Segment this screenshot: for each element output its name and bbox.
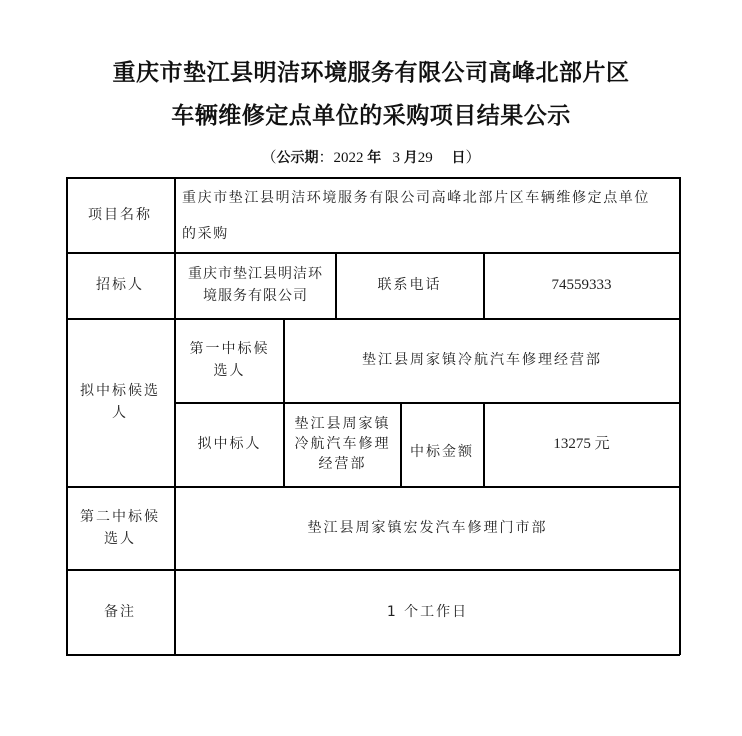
remarks-label: 备注	[66, 569, 174, 654]
second-candidate-value-text: 垫江县周家镇宏发汽车修理门市部	[308, 517, 548, 539]
publish-date: （公示期：2022 年 3 月29 日）	[0, 146, 742, 167]
phone-value: 74559333	[484, 252, 679, 318]
bid-amount-value: 13275 元	[484, 402, 679, 486]
proposed-winner-value: 垫江县周家镇 冷航汽车修理 经营部	[285, 402, 400, 486]
phone-value-text: 74559333	[552, 274, 612, 296]
proposed-candidates-line1: 拟中标候选	[80, 380, 160, 402]
bid-amount-value-text: 13275 元	[553, 433, 609, 455]
date-label: 公示期	[276, 150, 318, 166]
second-candidate-label: 第二中标候 选人	[66, 486, 174, 569]
project-name-value: 重庆市垫江县明洁环境服务有限公司高峰北部片区车辆维修定点单位 的采购	[176, 177, 679, 252]
proposed-candidates-label: 拟中标候选 人	[66, 318, 174, 486]
date-year-unit: 年	[367, 150, 381, 166]
project-name-line2: 的采购	[182, 223, 229, 245]
date-colon: ：	[318, 150, 333, 166]
bid-amount-label: 中标金额	[401, 410, 483, 494]
date-month-unit: 月	[404, 150, 418, 166]
bid-amount-label-text: 中标金额	[410, 441, 474, 463]
tenderer-line1: 重庆市垫江县明洁环	[188, 263, 323, 285]
tenderer-label: 招标人	[66, 252, 174, 318]
second-candidate-value: 垫江县周家镇宏发汽车修理门市部	[176, 486, 679, 569]
first-candidate-value: 垫江县周家镇冷航汽车修理经营部	[285, 318, 679, 402]
document-title-line1: 重庆市垫江县明洁环境服务有限公司高峰北部片区	[0, 54, 742, 87]
date-day: 29	[418, 150, 433, 166]
phone-label-text: 联系电话	[378, 274, 442, 296]
table-border-bottom	[66, 654, 680, 656]
document-title-line2: 车辆维修定点单位的采购项目结果公示	[0, 97, 742, 130]
tenderer-line2: 境服务有限公司	[203, 285, 308, 307]
proposed-winner-label: 拟中标人	[176, 402, 283, 486]
second-candidate-label-line2: 选人	[104, 528, 136, 550]
proposed-winner-line3: 经营部	[319, 454, 367, 474]
tenderer-label-text: 招标人	[96, 274, 144, 296]
remarks-value: 1 个工作日	[176, 569, 679, 654]
first-candidate-label-line2: 选人	[214, 360, 246, 382]
proposed-winner-line2: 冷航汽车修理	[295, 434, 391, 454]
first-candidate-value-text: 垫江县周家镇冷航汽车修理经营部	[362, 349, 602, 371]
remarks-value-text: 1 个工作日	[387, 601, 468, 623]
first-candidate-label-line1: 第一中标候	[190, 338, 270, 360]
phone-label: 联系电话	[336, 252, 483, 318]
proposed-winner-line1: 垫江县周家镇	[295, 414, 391, 434]
project-name-label-text: 项目名称	[88, 204, 152, 226]
proposed-winner-label-text: 拟中标人	[198, 433, 262, 455]
tenderer-value: 重庆市垫江县明洁环 境服务有限公司	[176, 252, 335, 318]
table-border-right	[679, 177, 681, 655]
first-candidate-label: 第一中标候 选人	[176, 318, 283, 402]
remarks-label-text: 备注	[104, 601, 136, 623]
date-open-paren: （	[261, 150, 276, 166]
proposed-candidates-line2: 人	[112, 402, 128, 424]
date-day-unit: 日	[452, 150, 466, 166]
project-name-line1: 重庆市垫江县明洁环境服务有限公司高峰北部片区车辆维修定点单位	[182, 187, 650, 209]
date-month: 3	[393, 150, 401, 166]
project-name-label: 项目名称	[66, 177, 174, 252]
second-candidate-label-line1: 第二中标候	[80, 506, 160, 528]
date-close-paren: ）	[466, 150, 481, 166]
date-year: 2022	[334, 150, 364, 166]
